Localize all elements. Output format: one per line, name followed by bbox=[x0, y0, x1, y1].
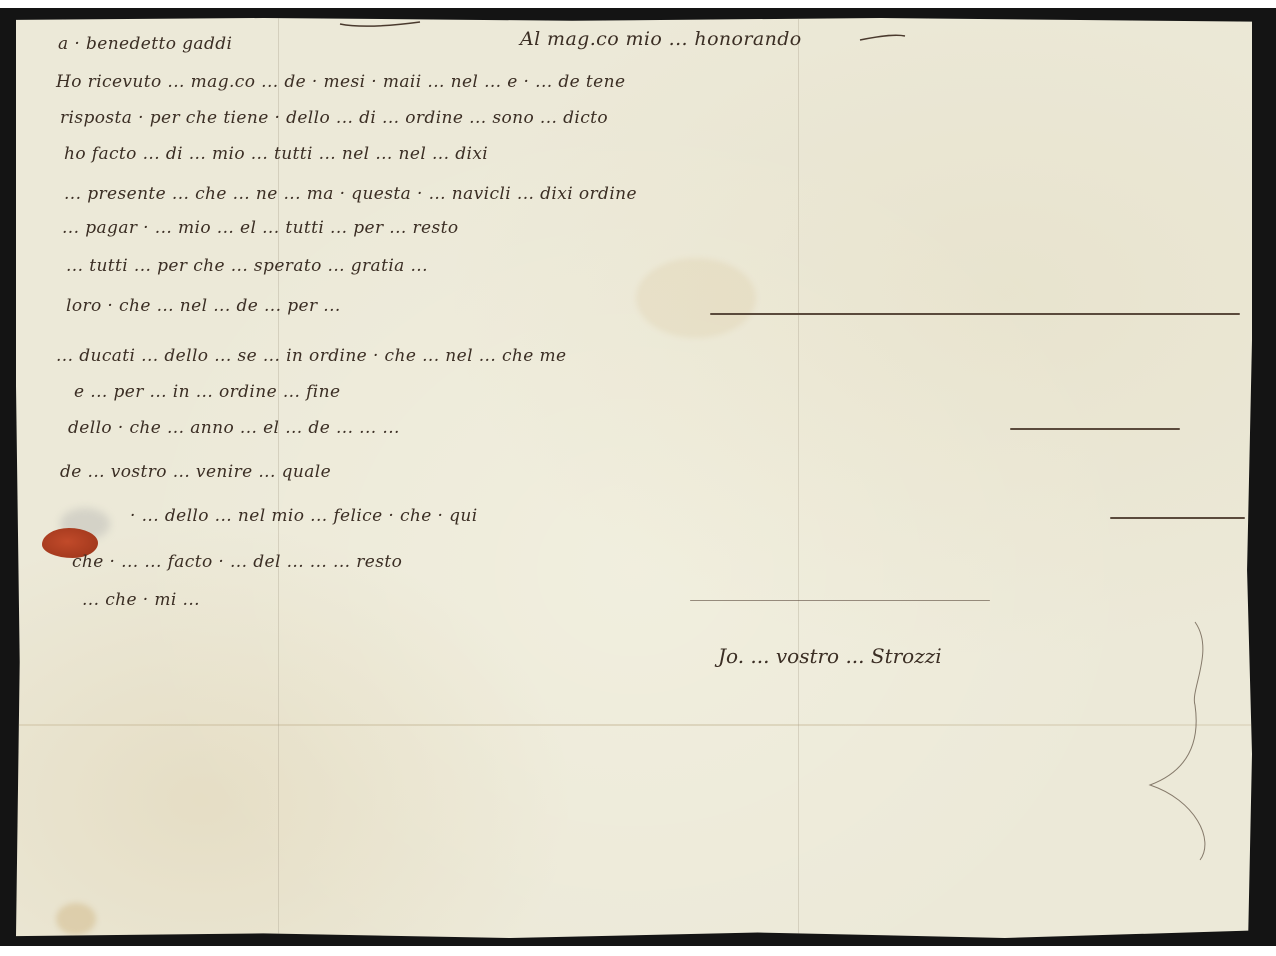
letter-heading: Al mag.co mio ... honorando bbox=[520, 28, 802, 50]
ink-flourish bbox=[1010, 428, 1180, 430]
manuscript-line-12: de ... vostro ... venire ... quale bbox=[60, 462, 331, 482]
manuscript-line-15: ... che · mi ... bbox=[82, 590, 200, 610]
manuscript-line-2: Ho ricevuto ... mag.co ... de · mesi · m… bbox=[56, 72, 625, 92]
ink-flourish bbox=[690, 600, 990, 601]
manuscript-line-8: loro · che ... nel ... de ... per ... bbox=[66, 296, 341, 316]
manuscript-line-10: e ... per ... in ... ordine ... fine bbox=[74, 382, 340, 402]
manuscript-line-7: ... tutti ... per che ... sperato ... gr… bbox=[66, 256, 428, 276]
manuscript-line-4: ho facto ... di ... mio ... tutti ... ne… bbox=[64, 144, 488, 164]
foxing-stain bbox=[56, 903, 96, 935]
vertical-fold-line-right bbox=[798, 18, 799, 938]
ink-flourish bbox=[710, 313, 1240, 315]
manuscript-line-1: a · benedetto gaddi bbox=[58, 34, 232, 54]
horizontal-fold-line bbox=[16, 724, 1252, 726]
signature: Jo. ... vostro ... Strozzi bbox=[718, 644, 942, 668]
manuscript-line-6: ... pagar · ... mio ... el ... tutti ...… bbox=[62, 218, 459, 238]
manuscript-line-5: ... presente ... che ... ne ... ma · que… bbox=[64, 184, 637, 204]
manuscript-line-14: che · ... ... facto · ... del ... ... ..… bbox=[72, 552, 402, 572]
manuscript-line-11: dello · che ... anno ... el ... de ... .… bbox=[68, 418, 400, 438]
manuscript-line-13: · ... dello ... nel mio ... felice · che… bbox=[130, 506, 478, 526]
manuscript-line-3: risposta · per che tiene · dello ... di … bbox=[60, 108, 608, 128]
ink-flourish bbox=[1110, 517, 1245, 519]
manuscript-line-9: ... ducati ... dello ... se ... in ordin… bbox=[56, 346, 567, 366]
foxing-stain bbox=[636, 258, 756, 338]
